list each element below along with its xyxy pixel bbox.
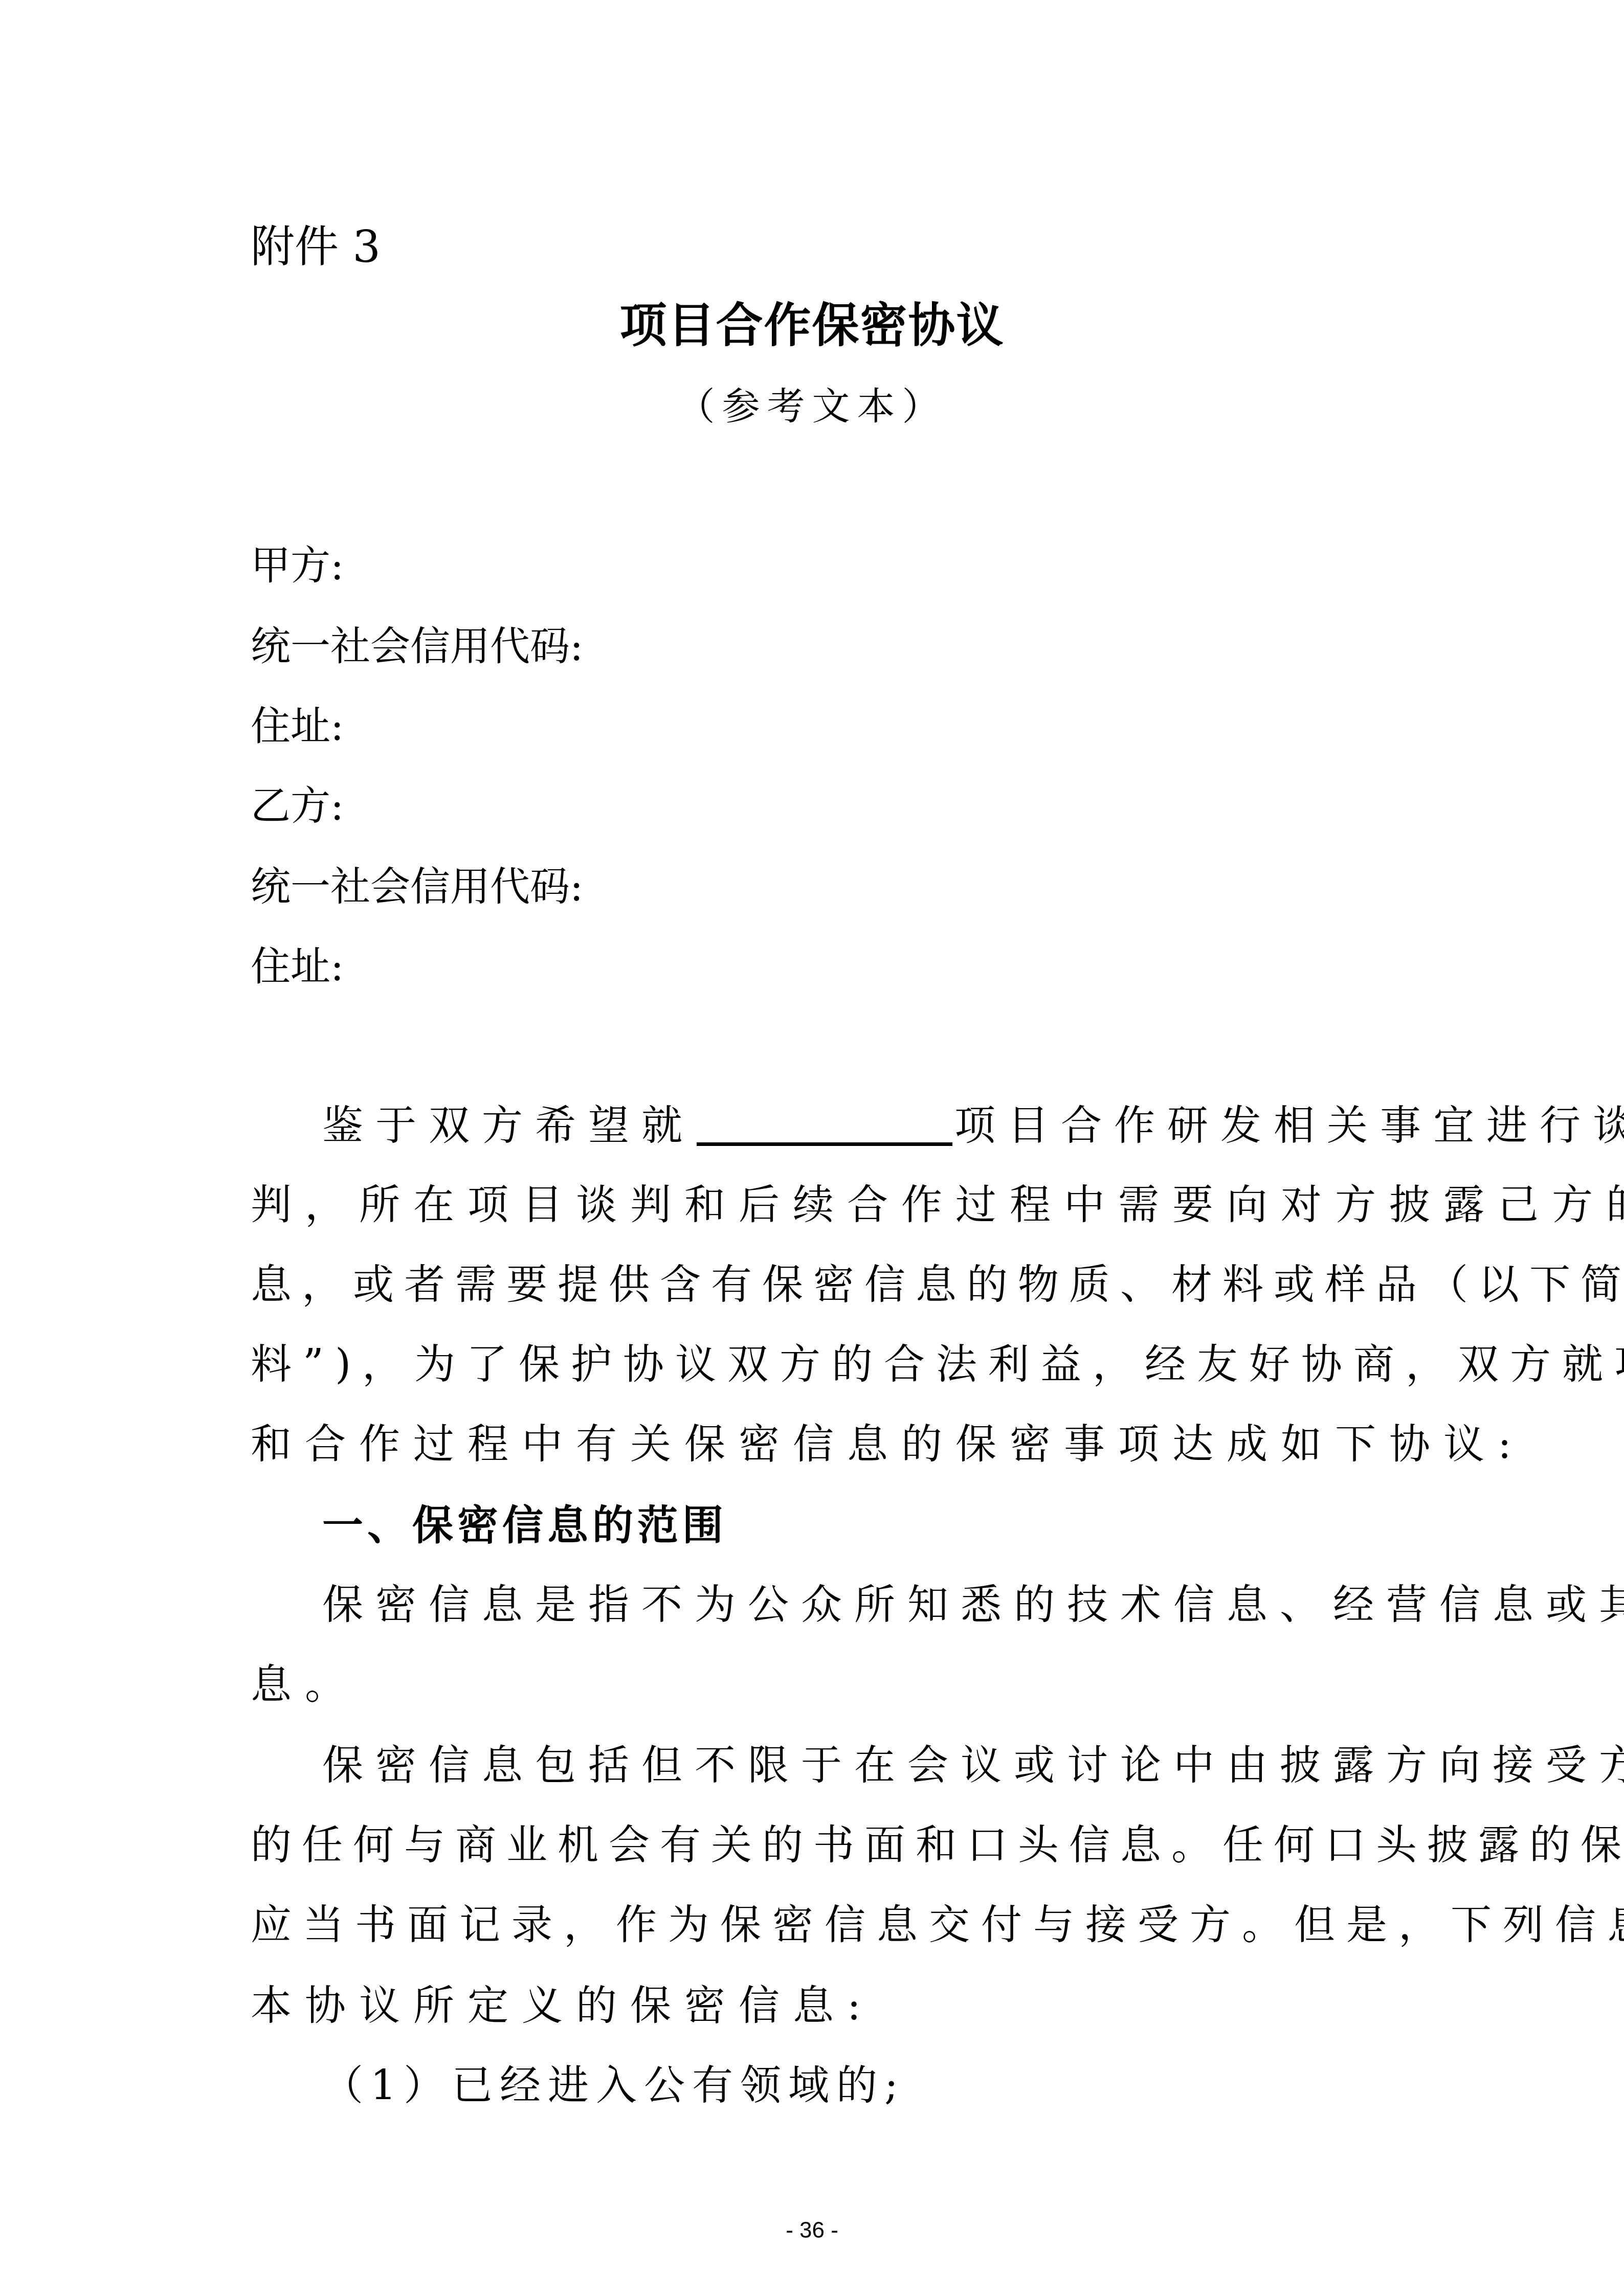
section-1-heading: 一、保密信息的范围 xyxy=(322,1504,1468,1545)
document-title: 项目合作保密协议 xyxy=(0,302,1624,349)
preamble-line-1: 鉴于双方希望就项目合作研发相关事宜进行谈 xyxy=(322,1105,1468,1146)
preamble-text-after-blank: 项目合作研发相关事宜进行谈 xyxy=(954,1101,1624,1149)
section-1-para-2-line-2: 的任何与商业机会有关的书面和口头信息。任何口头披露的保密信息 xyxy=(251,1825,1396,1865)
section-1-item-1: （1）已经进入公有领域的; xyxy=(322,2065,1468,2106)
party-a-address-label: 住址: xyxy=(251,707,344,747)
project-name-blank[interactable] xyxy=(697,1105,952,1146)
preamble-line-4: 料”)，为了保护协议双方的合法利益，经友好协商，双方就项目谈判 xyxy=(251,1344,1396,1385)
annex-label: 附件 3 xyxy=(251,225,381,269)
party-a-credit-code-label: 统一社会信用代码: xyxy=(251,627,583,667)
preamble-text-before-blank: 鉴于双方希望就 xyxy=(322,1101,695,1149)
document-subtitle: （参考文本） xyxy=(0,388,1624,425)
document-page: 附件 3 项目合作保密协议 （参考文本） 甲方: 统一社会信用代码: 住址: 乙… xyxy=(0,0,1624,2296)
party-b-address-label: 住址: xyxy=(251,947,344,987)
section-1-para-2-line-1: 保密信息包括但不限于在会议或讨论中由披露方向接受方披露 xyxy=(322,1745,1468,1786)
page-number: - 36 - xyxy=(0,2219,1624,2242)
preamble-line-2: 判，所在项目谈判和后续合作过程中需要向对方披露己方的保密信 xyxy=(251,1184,1396,1225)
section-1-para-1-line-1: 保密信息是指不为公众所知悉的技术信息、经营信息或其他信 xyxy=(322,1584,1468,1625)
section-1-para-2-line-4: 本协议所定义的保密信息: xyxy=(251,1985,1396,2026)
party-b-credit-code-label: 统一社会信用代码: xyxy=(251,867,583,907)
section-1-para-2-line-3: 应当书面记录，作为保密信息交付与接受方。但是，下列信息不属于 xyxy=(251,1904,1396,1945)
preamble-line-3: 息，或者需要提供含有保密信息的物质、材料或样品（以下简称“材 xyxy=(251,1264,1396,1305)
preamble-line-5: 和合作过程中有关保密信息的保密事项达成如下协议: xyxy=(251,1424,1396,1465)
party-a-label: 甲方: xyxy=(251,546,344,586)
section-1-para-1-line-2: 息。 xyxy=(251,1664,1396,1705)
party-b-label: 乙方: xyxy=(251,786,344,826)
